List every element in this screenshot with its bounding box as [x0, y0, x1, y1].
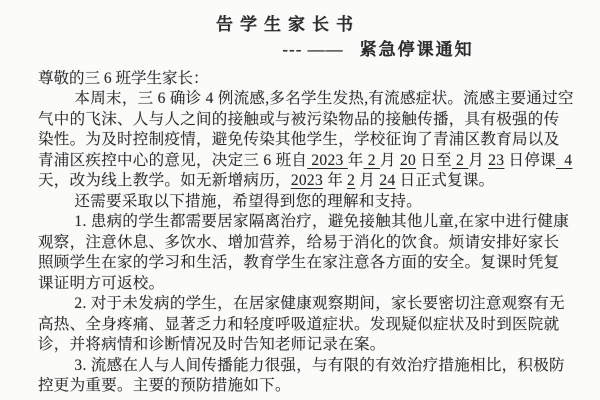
text-run: 1. 患病的学生都需要居家隔离治疗，避免接触其他儿童,在家中进行健康观察，注意休… [38, 213, 569, 292]
text-run: 天，改为线上教学。如无新增病历， [38, 172, 291, 189]
text-run: 2. 对于未发病的学生，在居家健康观察期间，家长要密切注意观察有无高热、全身疼痛… [38, 295, 565, 353]
text-run: 月 [468, 152, 488, 169]
subtitle-dashes: --- —— [282, 40, 343, 59]
underlined-fill-in: 2 [364, 152, 380, 169]
text-run: 日至 [416, 152, 452, 169]
underlined-fill-in: 2023 [291, 172, 323, 189]
underlined-fill-in: 24 [379, 172, 395, 189]
text-run: 月 [380, 152, 400, 169]
para-measure-2: 2. 对于未发病的学生，在居家健康观察期间，家长要密切注意观察有无高热、全身疼痛… [38, 294, 574, 356]
para-measure-3: 3. 流感在人与人间传播能力很强，与有限的有效治疗措施相比，积极防控更为重要。主… [38, 356, 574, 397]
notice-document: 告学生家长书 --- ——紧急停课通知 尊敬的三 6 班学生家长： 本周末，三 … [0, 0, 600, 400]
subtitle-text: 紧急停课通知 [360, 40, 474, 59]
text-run: 月 [355, 172, 379, 189]
text-run: 日停课 [504, 152, 556, 169]
underlined-fill-in: 2 [452, 152, 468, 169]
underlined-fill-in: 20 [400, 152, 416, 169]
text-run: 3. 流感在人与人间传播能力很强，与有限的有效治疗措施相比，积极防控更为重要。主… [38, 357, 565, 395]
document-subtitle: --- ——紧急停课通知 [110, 38, 600, 61]
para-outbreak-and-dates: 本周末，三 6 确诊 4 例流感,多名学生发热,有流感症状。流感主要通过空气中的… [38, 89, 574, 192]
underlined-fill-in: 23 [488, 152, 504, 169]
greeting-line: 尊敬的三 6 班学生家长： [38, 68, 574, 89]
text-run: 年 [323, 172, 347, 189]
underlined-fill-in: 4 [556, 152, 572, 169]
text-run: 年 [348, 152, 364, 169]
para-measure-1: 1. 患病的学生都需要居家隔离治疗，避免接触其他儿童,在家中进行健康观察，注意休… [38, 212, 574, 294]
text-run: 还需要采取以下措施，希望得到您的理解和支持。 [74, 193, 422, 210]
para-measures-intro: 还需要采取以下措施，希望得到您的理解和支持。 [38, 192, 574, 213]
underlined-fill-in: 2023 [307, 152, 348, 169]
text-run: 日正式复课。 [396, 172, 495, 189]
document-title: 告学生家长书 [20, 13, 556, 36]
document-body: 本周末，三 6 确诊 4 例流感,多名学生发热,有流感症状。流感主要通过空气中的… [38, 89, 574, 397]
